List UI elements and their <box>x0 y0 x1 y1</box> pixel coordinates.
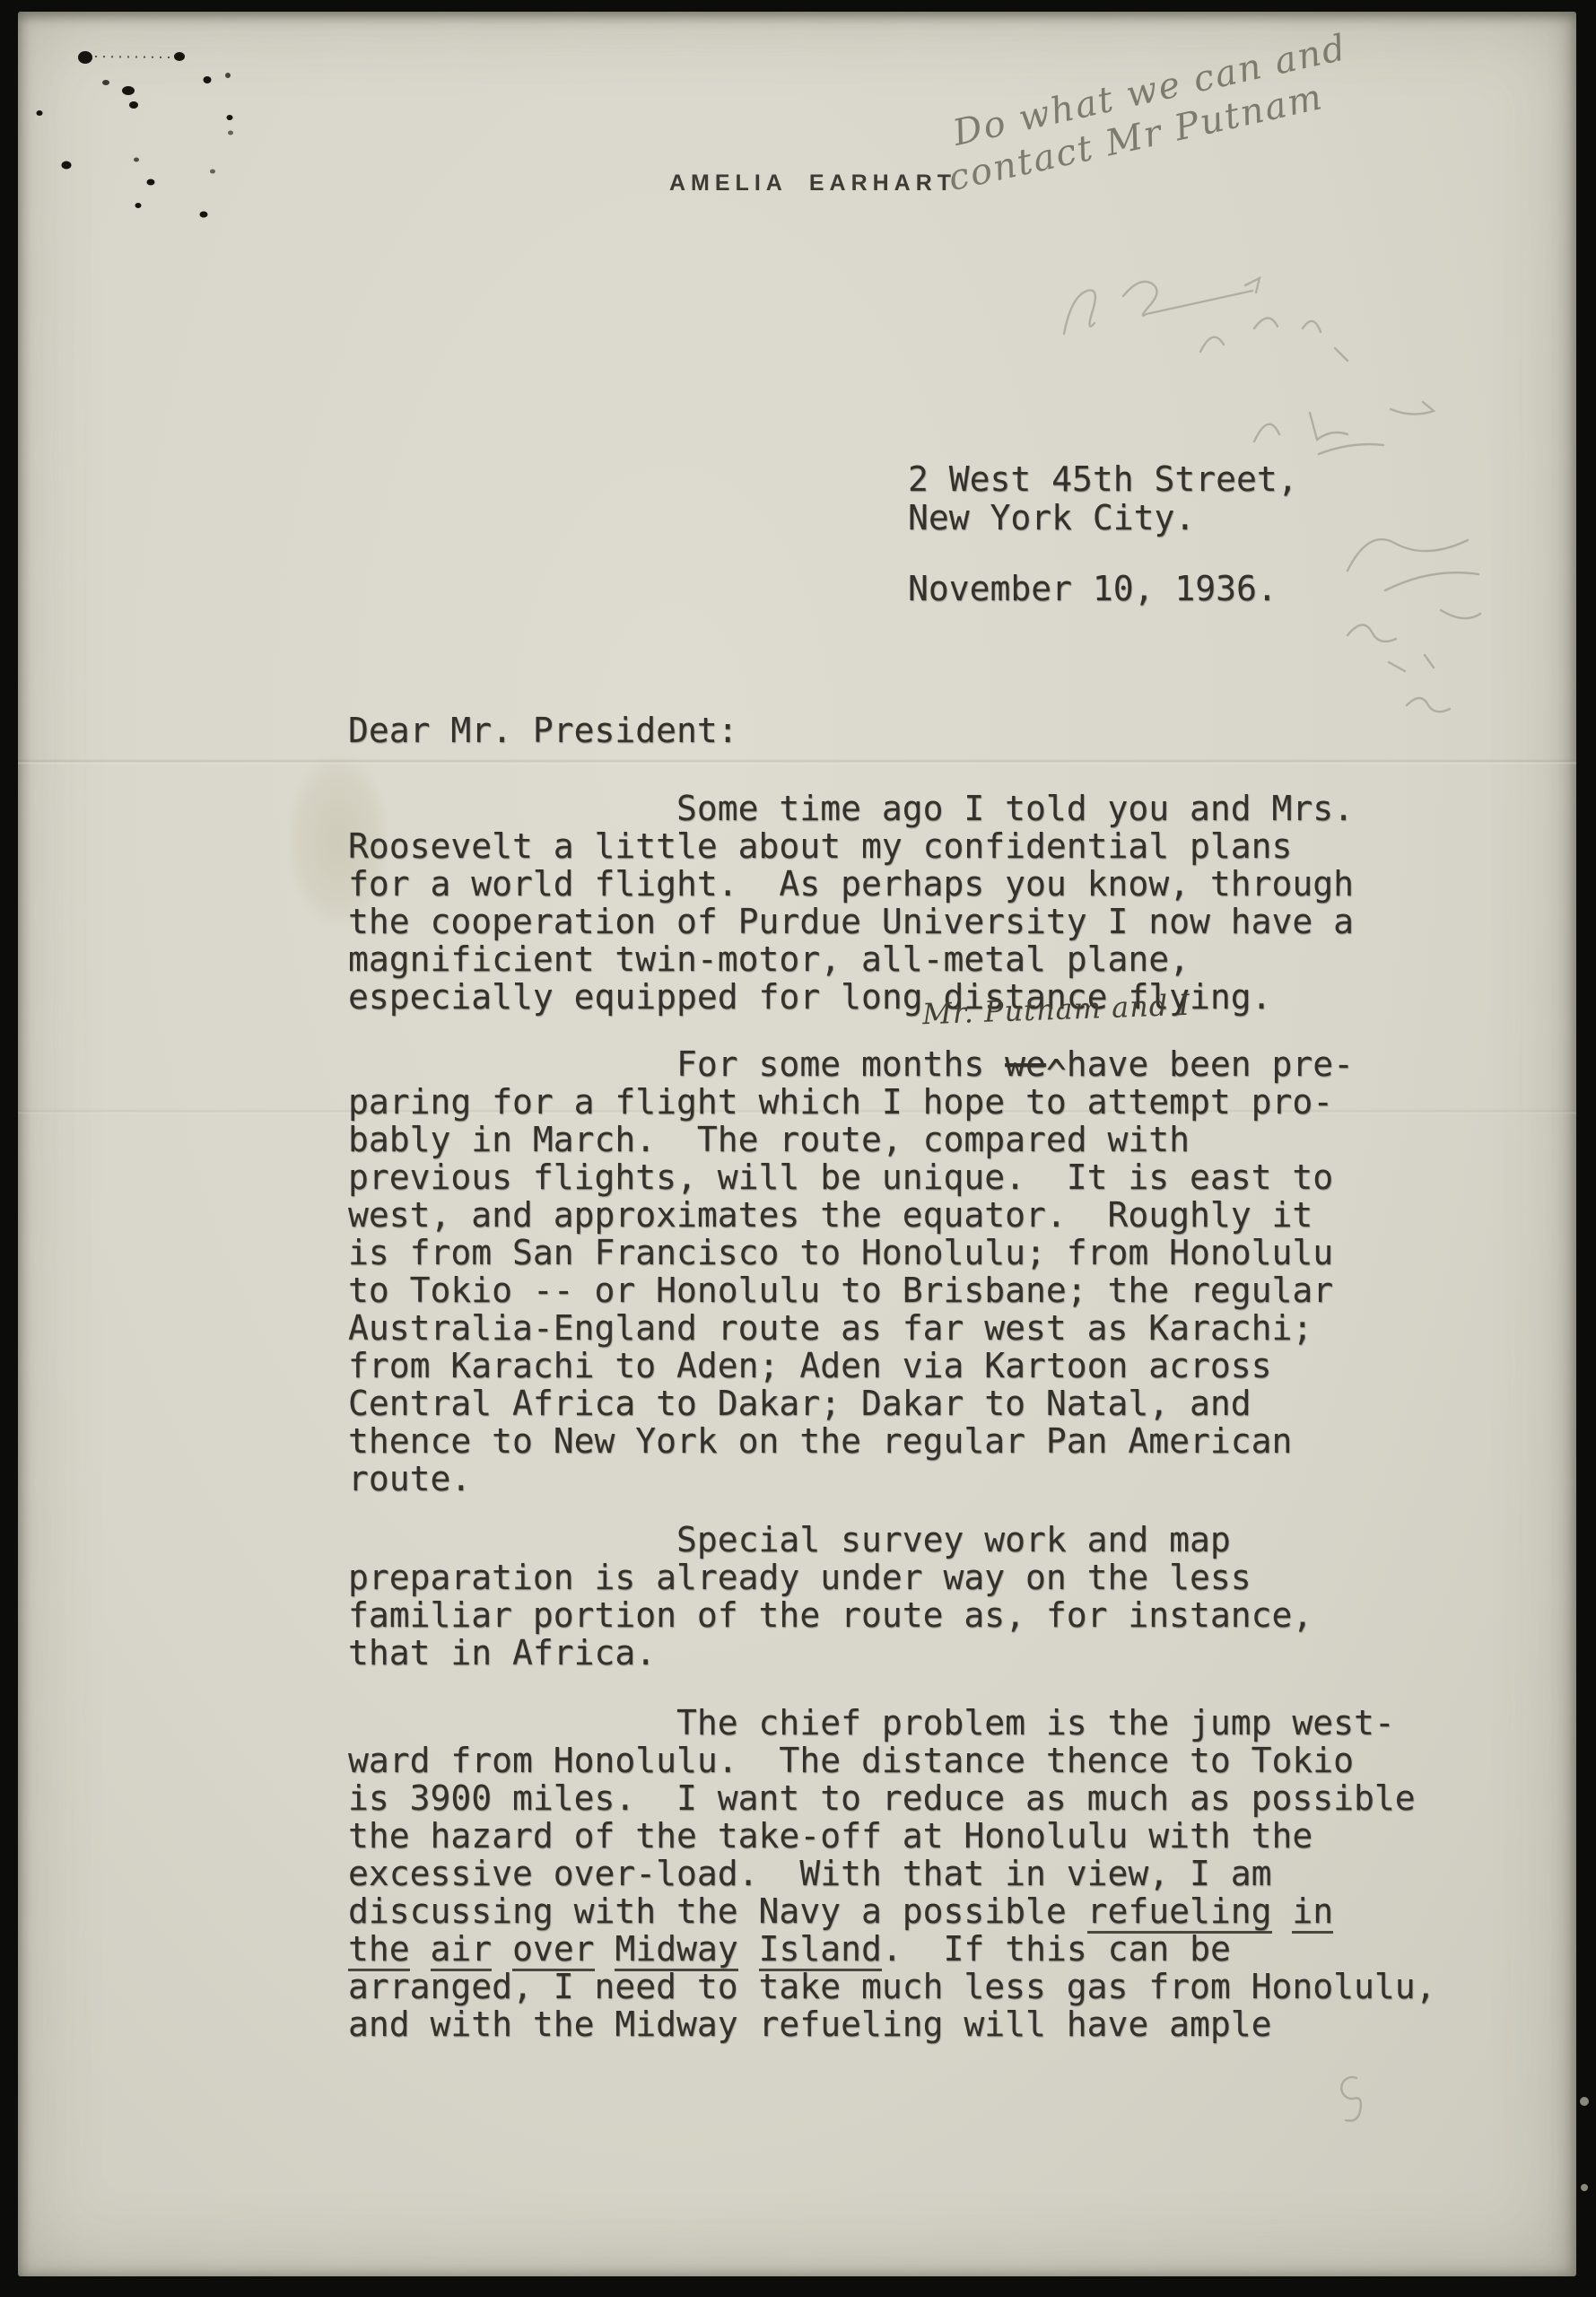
typed-line: the hazard of the take-off at Honolulu w… <box>348 1817 1436 1855</box>
typed-line: The chief problem is the jump west- <box>348 1704 1436 1742</box>
underline-text: refueling <box>1087 1891 1272 1934</box>
typed-line: preparation is already under way on the … <box>348 1559 1436 1596</box>
typed-line: Australia-England route as far west as K… <box>348 1309 1436 1347</box>
typed-line: bably in March. The route, compared with <box>348 1121 1436 1158</box>
typed-line: for a world flight. As perhaps you know,… <box>348 865 1436 903</box>
salutation: Dear Mr. President: <box>348 712 738 749</box>
typed-line: route. <box>348 1460 1436 1498</box>
typed-line: previous flights, will be unique. It is … <box>348 1158 1436 1196</box>
typed-line: the air over Midway Island. If this can … <box>348 1930 1436 1968</box>
underline-text: over <box>512 1929 595 1971</box>
caret-text: ^ <box>1046 1052 1067 1096</box>
date-line: November 10, 1936. <box>908 570 1278 607</box>
document-scan: AMELIA EARHART Do what we can and contac… <box>0 0 1596 2297</box>
underline-text: Island <box>759 1929 882 1971</box>
underline-text: Midway <box>615 1929 737 1971</box>
typed-line: paring for a flight which I hope to atte… <box>348 1083 1436 1121</box>
typed-line: west, and approximates the equator. Roug… <box>348 1196 1436 1234</box>
typed-line: Special survey work and map <box>348 1521 1436 1559</box>
typed-line: the cooperation of Purdue University I n… <box>348 903 1436 940</box>
typed-line: from Karachi to Aden; Aden via Kartoon a… <box>348 1347 1436 1384</box>
typed-line: arranged, I need to take much less gas f… <box>348 1968 1436 2005</box>
paragraph: Special survey work and mappreparation i… <box>348 1521 1436 1672</box>
typed-line: excessive over-load. With that in view, … <box>348 1855 1436 1892</box>
typed-line: ward from Honolulu. The distance thence … <box>348 1742 1436 1779</box>
typed-line: For some months we^have been pre- <box>348 1045 1436 1083</box>
typed-line: to Tokio -- or Honolulu to Brisbane; the… <box>348 1271 1436 1309</box>
typed-line: and with the Midway refueling will have … <box>348 2005 1436 2043</box>
typed-line: Some time ago I told you and Mrs. <box>348 790 1436 827</box>
typed-line: thence to New York on the regular Pan Am… <box>348 1422 1436 1460</box>
letterhead-name: AMELIA EARHART <box>669 170 956 197</box>
typed-line: is from San Francisco to Honolulu; from … <box>348 1234 1436 1271</box>
typed-line: Roosevelt a little about my confidential… <box>348 827 1436 865</box>
underline-text: air <box>431 1929 493 1971</box>
scanner-border-dots <box>1580 2097 1589 2191</box>
address-line-1: 2 West 45th Street, <box>908 460 1298 498</box>
paragraph: The chief problem is the jump west-ward … <box>348 1704 1436 2043</box>
typed-line: is 3900 miles. I want to reduce as much … <box>348 1779 1436 1817</box>
typed-line: familiar portion of the route as, for in… <box>348 1596 1436 1634</box>
typed-line: that in Africa. <box>348 1634 1436 1672</box>
underline-text: the <box>348 1929 410 1971</box>
paragraph: For some months we^have been pre-paring … <box>348 1045 1436 1498</box>
strike-text: we <box>1005 1044 1046 1084</box>
typed-line: magnificient twin-motor, all-metal plane… <box>348 940 1436 978</box>
paragraph: Some time ago I told you and Mrs.Rooseve… <box>348 790 1436 1016</box>
typed-line: especially equipped for long distance fl… <box>348 978 1436 1016</box>
typed-line: discussing with the Navy a possible refu… <box>348 1892 1436 1930</box>
body-paragraphs: Some time ago I told you and Mrs.Rooseve… <box>348 790 1436 2043</box>
underline-text: in <box>1292 1891 1333 1934</box>
address-line-2: New York City. <box>908 499 1195 537</box>
typed-line: Central Africa to Dakar; Dakar to Natal,… <box>348 1384 1436 1422</box>
